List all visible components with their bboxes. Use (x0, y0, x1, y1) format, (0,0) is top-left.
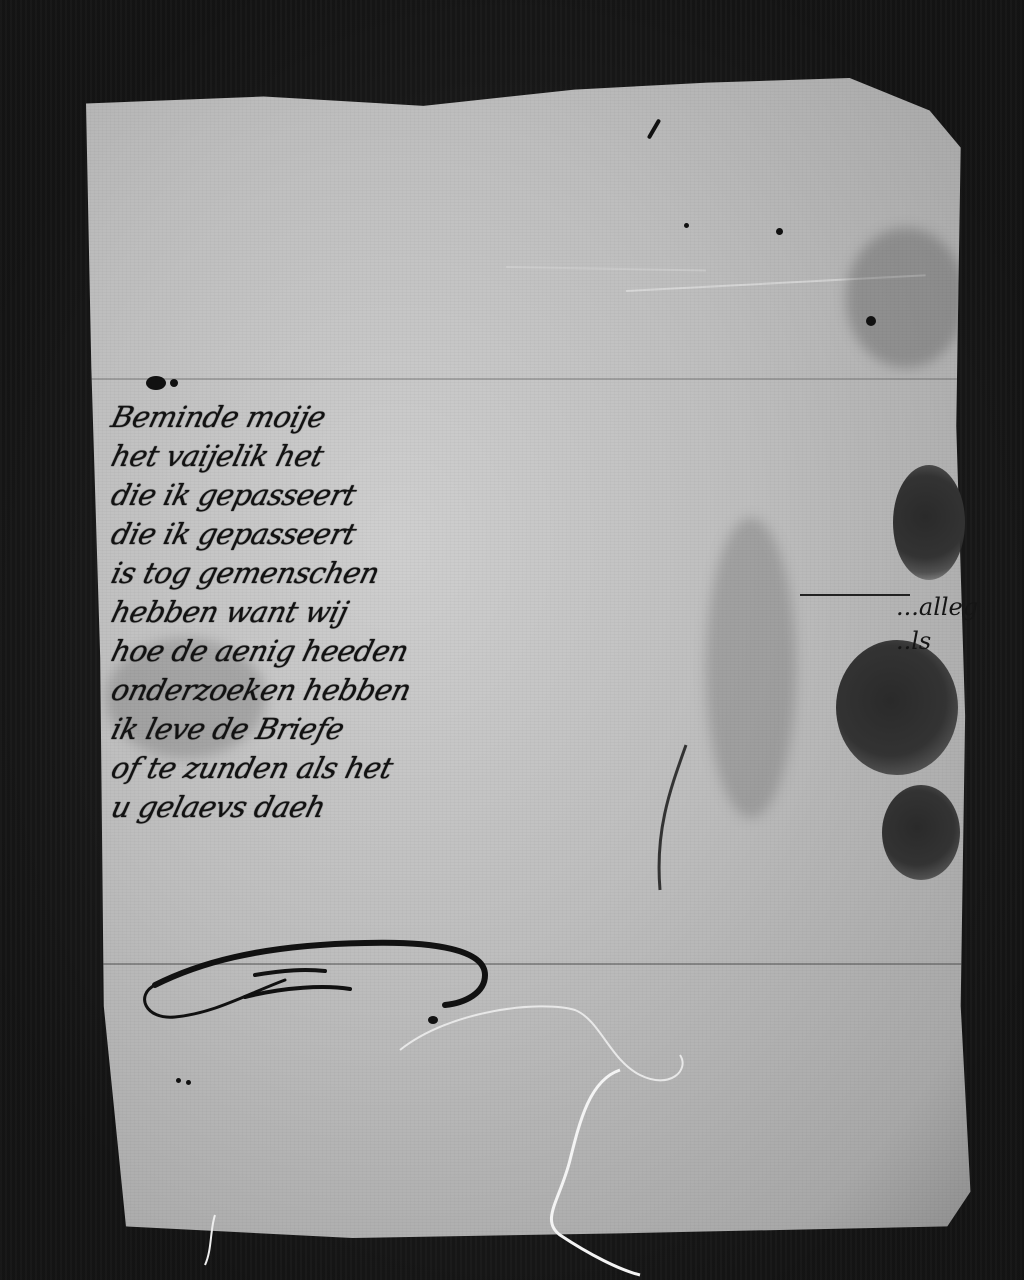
letter-line: het vaijelik het (107, 437, 537, 476)
margin-note: ...alleg ..ls (896, 590, 978, 658)
ink-speck (186, 1080, 191, 1085)
ink-speck (647, 118, 661, 139)
letter-line: onderzoeken hebben (107, 671, 537, 710)
letter-line: hoe de aenig heeden (107, 632, 537, 671)
letter-line: ik leve de Briefe (107, 710, 537, 749)
letter-line: is tog gemenschen (107, 554, 537, 593)
ink-speck (176, 1078, 181, 1083)
wax-seal-remnant-upper (893, 465, 965, 580)
signature-flourish-icon (135, 925, 495, 1025)
wax-seal-remnant-lower (882, 785, 960, 880)
letter-line: of te zunden als het (107, 749, 537, 788)
ink-blot (146, 376, 166, 390)
water-stain (846, 228, 966, 368)
letter-body: Beminde moije het vaijelik het die ik ge… (112, 398, 532, 827)
ink-speck (684, 223, 689, 228)
letter-line: die ik gepasseert (107, 476, 537, 515)
fold-line-upper (86, 378, 974, 380)
water-stain (706, 518, 796, 818)
seal-ink-line (800, 594, 910, 596)
ink-blot (170, 379, 178, 387)
margin-note-line: ...alleg (896, 590, 978, 624)
ink-speck (776, 228, 783, 235)
letter-line: hebben want wij (107, 593, 537, 632)
wax-seal-remnant-middle (836, 640, 958, 775)
letter-line: die ik gepasseert (107, 515, 537, 554)
ink-speck (866, 316, 876, 326)
margin-note-line: ..ls (896, 624, 978, 658)
letter-line: u gelaevs daeh (107, 788, 537, 827)
paper-crease (506, 266, 706, 271)
salutation-line: Beminde moije (107, 398, 537, 437)
